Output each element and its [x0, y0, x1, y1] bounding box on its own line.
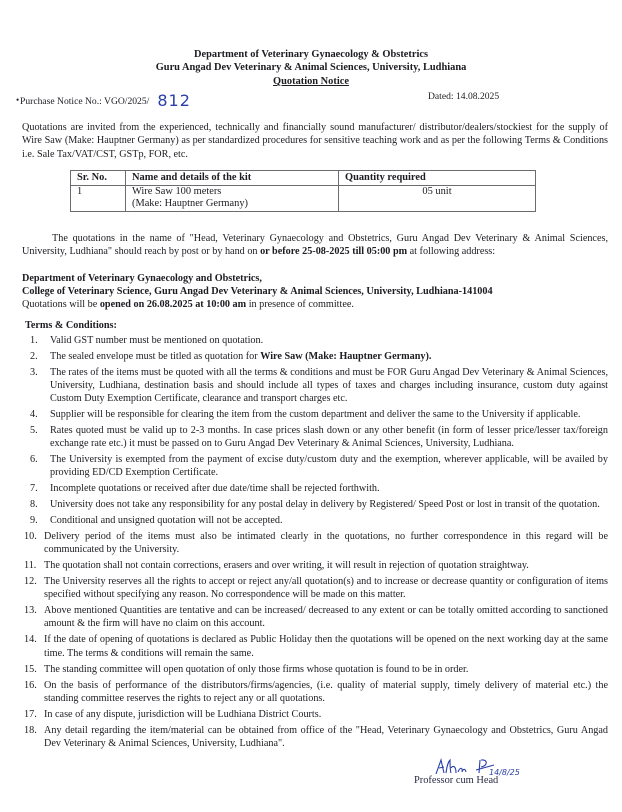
cell-kit-name: Wire Saw 100 meters (Make: Hauptner Germ… — [126, 185, 339, 211]
cell-quantity: 05 unit — [339, 185, 536, 211]
term-number: 6. — [30, 453, 38, 466]
intro-paragraph: Quotations are invited from the experien… — [22, 121, 608, 161]
term-bold-text: Wire Saw (Make: Hauptner Germany). — [260, 351, 431, 362]
term-item: 13.Above mentioned Quantities are tentat… — [18, 604, 608, 630]
university-name: Guru Angad Dev Veterinary & Animal Scien… — [0, 61, 622, 74]
quotation-notice-page: Department of Veterinary Gynaecology & O… — [0, 0, 622, 812]
term-number: 12. — [24, 575, 37, 588]
term-number: 16. — [24, 679, 37, 692]
term-text: On the basis of performance of the distr… — [44, 680, 608, 704]
term-text: Incomplete quotations or received after … — [50, 483, 380, 494]
notice-date: Dated: 14.08.2025 — [428, 91, 499, 103]
table-header-row: Sr. No. Name and details of the kit Quan… — [71, 171, 536, 186]
term-text: Delivery period of the items must also b… — [44, 531, 608, 555]
terms-heading: Terms & Conditions: — [25, 320, 117, 332]
term-item: 4.Supplier will be responsible for clear… — [18, 408, 608, 421]
term-number: 18. — [24, 724, 37, 737]
term-item: 18.Any detail regarding the item/materia… — [18, 724, 608, 750]
term-item: 8.University does not take any responsib… — [18, 498, 608, 511]
opening-date-time: opened on 26.08.2025 at 10:00 am — [100, 299, 246, 310]
term-item: 3.The rates of the items must be quoted … — [18, 366, 608, 405]
term-number: 2. — [30, 350, 38, 363]
purchase-notice-number: 812 — [157, 91, 191, 111]
term-text: Rates quoted must be valid up to 2-3 mon… — [50, 425, 608, 449]
term-number: 3. — [30, 366, 38, 379]
term-text: The quotation shall not contain correcti… — [44, 560, 529, 571]
term-number: 4. — [30, 408, 38, 421]
term-text: Conditional and unsigned quotation will … — [50, 515, 283, 526]
term-number: 5. — [30, 424, 38, 437]
term-text: The standing committee will open quotati… — [44, 664, 468, 675]
term-text: The University reserves all the rights t… — [44, 576, 608, 600]
submission-paragraph: The quotations in the name of "Head, Vet… — [22, 232, 608, 259]
table-row: 1 Wire Saw 100 meters (Make: Hauptner Ge… — [71, 185, 536, 211]
kit-name: Wire Saw 100 meters — [132, 186, 332, 199]
term-item: 9.Conditional and unsigned quotation wil… — [18, 514, 608, 527]
term-number: 15. — [24, 663, 37, 676]
term-text: Above mentioned Quantities are tentative… — [44, 605, 608, 629]
term-text: The University is exempted from the paym… — [50, 454, 608, 478]
terms-list: 1.Valid GST number must be mentioned on … — [18, 334, 608, 753]
term-number: 17. — [24, 708, 37, 721]
submission-deadline: or before 25-08-2025 till 05:00 pm — [260, 246, 407, 257]
purchase-notice-label: Purchase Notice No.: VGO/2025/ — [20, 96, 149, 107]
term-number: 1. — [30, 334, 38, 347]
address-line-2: College of Veterinary Science, Guru Anga… — [22, 285, 612, 298]
term-number: 13. — [24, 604, 37, 617]
notice-title: Quotation Notice — [0, 75, 622, 88]
term-item: 5.Rates quoted must be valid up to 2-3 m… — [18, 424, 608, 450]
header-quantity: Quantity required — [339, 171, 536, 186]
term-number: 7. — [30, 482, 38, 495]
term-number: 9. — [30, 514, 38, 527]
term-number: 8. — [30, 498, 38, 511]
cell-sr-no: 1 — [71, 185, 126, 211]
term-number: 14. — [24, 633, 37, 646]
term-text: Any detail regarding the item/material c… — [44, 725, 608, 749]
term-item: 15.The standing committee will open quot… — [18, 663, 608, 676]
term-number: 11. — [24, 559, 36, 572]
signatory-designation: Professor cum Head — [414, 775, 498, 788]
term-text: University does not take any responsibil… — [50, 499, 600, 510]
term-text: Supplier will be responsible for clearin… — [50, 409, 580, 420]
kit-make: (Make: Hauptner Germany) — [132, 198, 332, 211]
term-item: 1.Valid GST number must be mentioned on … — [18, 334, 608, 347]
header-kit-name: Name and details of the kit — [126, 171, 339, 186]
term-item: 6.The University is exempted from the pa… — [18, 453, 608, 479]
submission-address: Department of Veterinary Gynaecology and… — [22, 272, 612, 299]
reference-line: • Purchase Notice No.: VGO/2025/812 Date… — [20, 91, 580, 111]
term-text: In case of any dispute, jurisdiction wil… — [44, 709, 321, 720]
address-line-1: Department of Veterinary Gynaecology and… — [22, 272, 612, 285]
term-item: 7.Incomplete quotations or received afte… — [18, 482, 608, 495]
header-sr-no: Sr. No. — [71, 171, 126, 186]
department-name: Department of Veterinary Gynaecology & O… — [0, 48, 622, 61]
term-text: If the date of opening of quotations is … — [44, 634, 608, 658]
term-item: 10.Delivery period of the items must als… — [18, 530, 608, 556]
scan-mark: • — [16, 95, 19, 106]
opening-info: Quotations will be opened on 26.08.2025 … — [22, 299, 612, 311]
term-item: 2.The sealed envelope must be titled as … — [18, 350, 608, 363]
term-text: Valid GST number must be mentioned on qu… — [50, 335, 263, 346]
opening-text-end: in presence of committee. — [246, 299, 354, 310]
term-text: The rates of the items must be quoted wi… — [50, 367, 608, 404]
opening-text: Quotations will be — [22, 299, 100, 310]
letterhead: Department of Veterinary Gynaecology & O… — [0, 48, 622, 88]
term-item: 14.If the date of opening of quotations … — [18, 633, 608, 659]
term-item: 17.In case of any dispute, jurisdiction … — [18, 708, 608, 721]
kit-table: Sr. No. Name and details of the kit Quan… — [70, 170, 536, 212]
term-item: 16.On the basis of performance of the di… — [18, 679, 608, 705]
term-text: The sealed envelope must be titled as qu… — [50, 351, 260, 362]
term-item: 11.The quotation shall not contain corre… — [18, 559, 608, 572]
submission-text-end: at following address: — [407, 246, 495, 257]
term-number: 10. — [24, 530, 37, 543]
term-item: 12.The University reserves all the right… — [18, 575, 608, 601]
